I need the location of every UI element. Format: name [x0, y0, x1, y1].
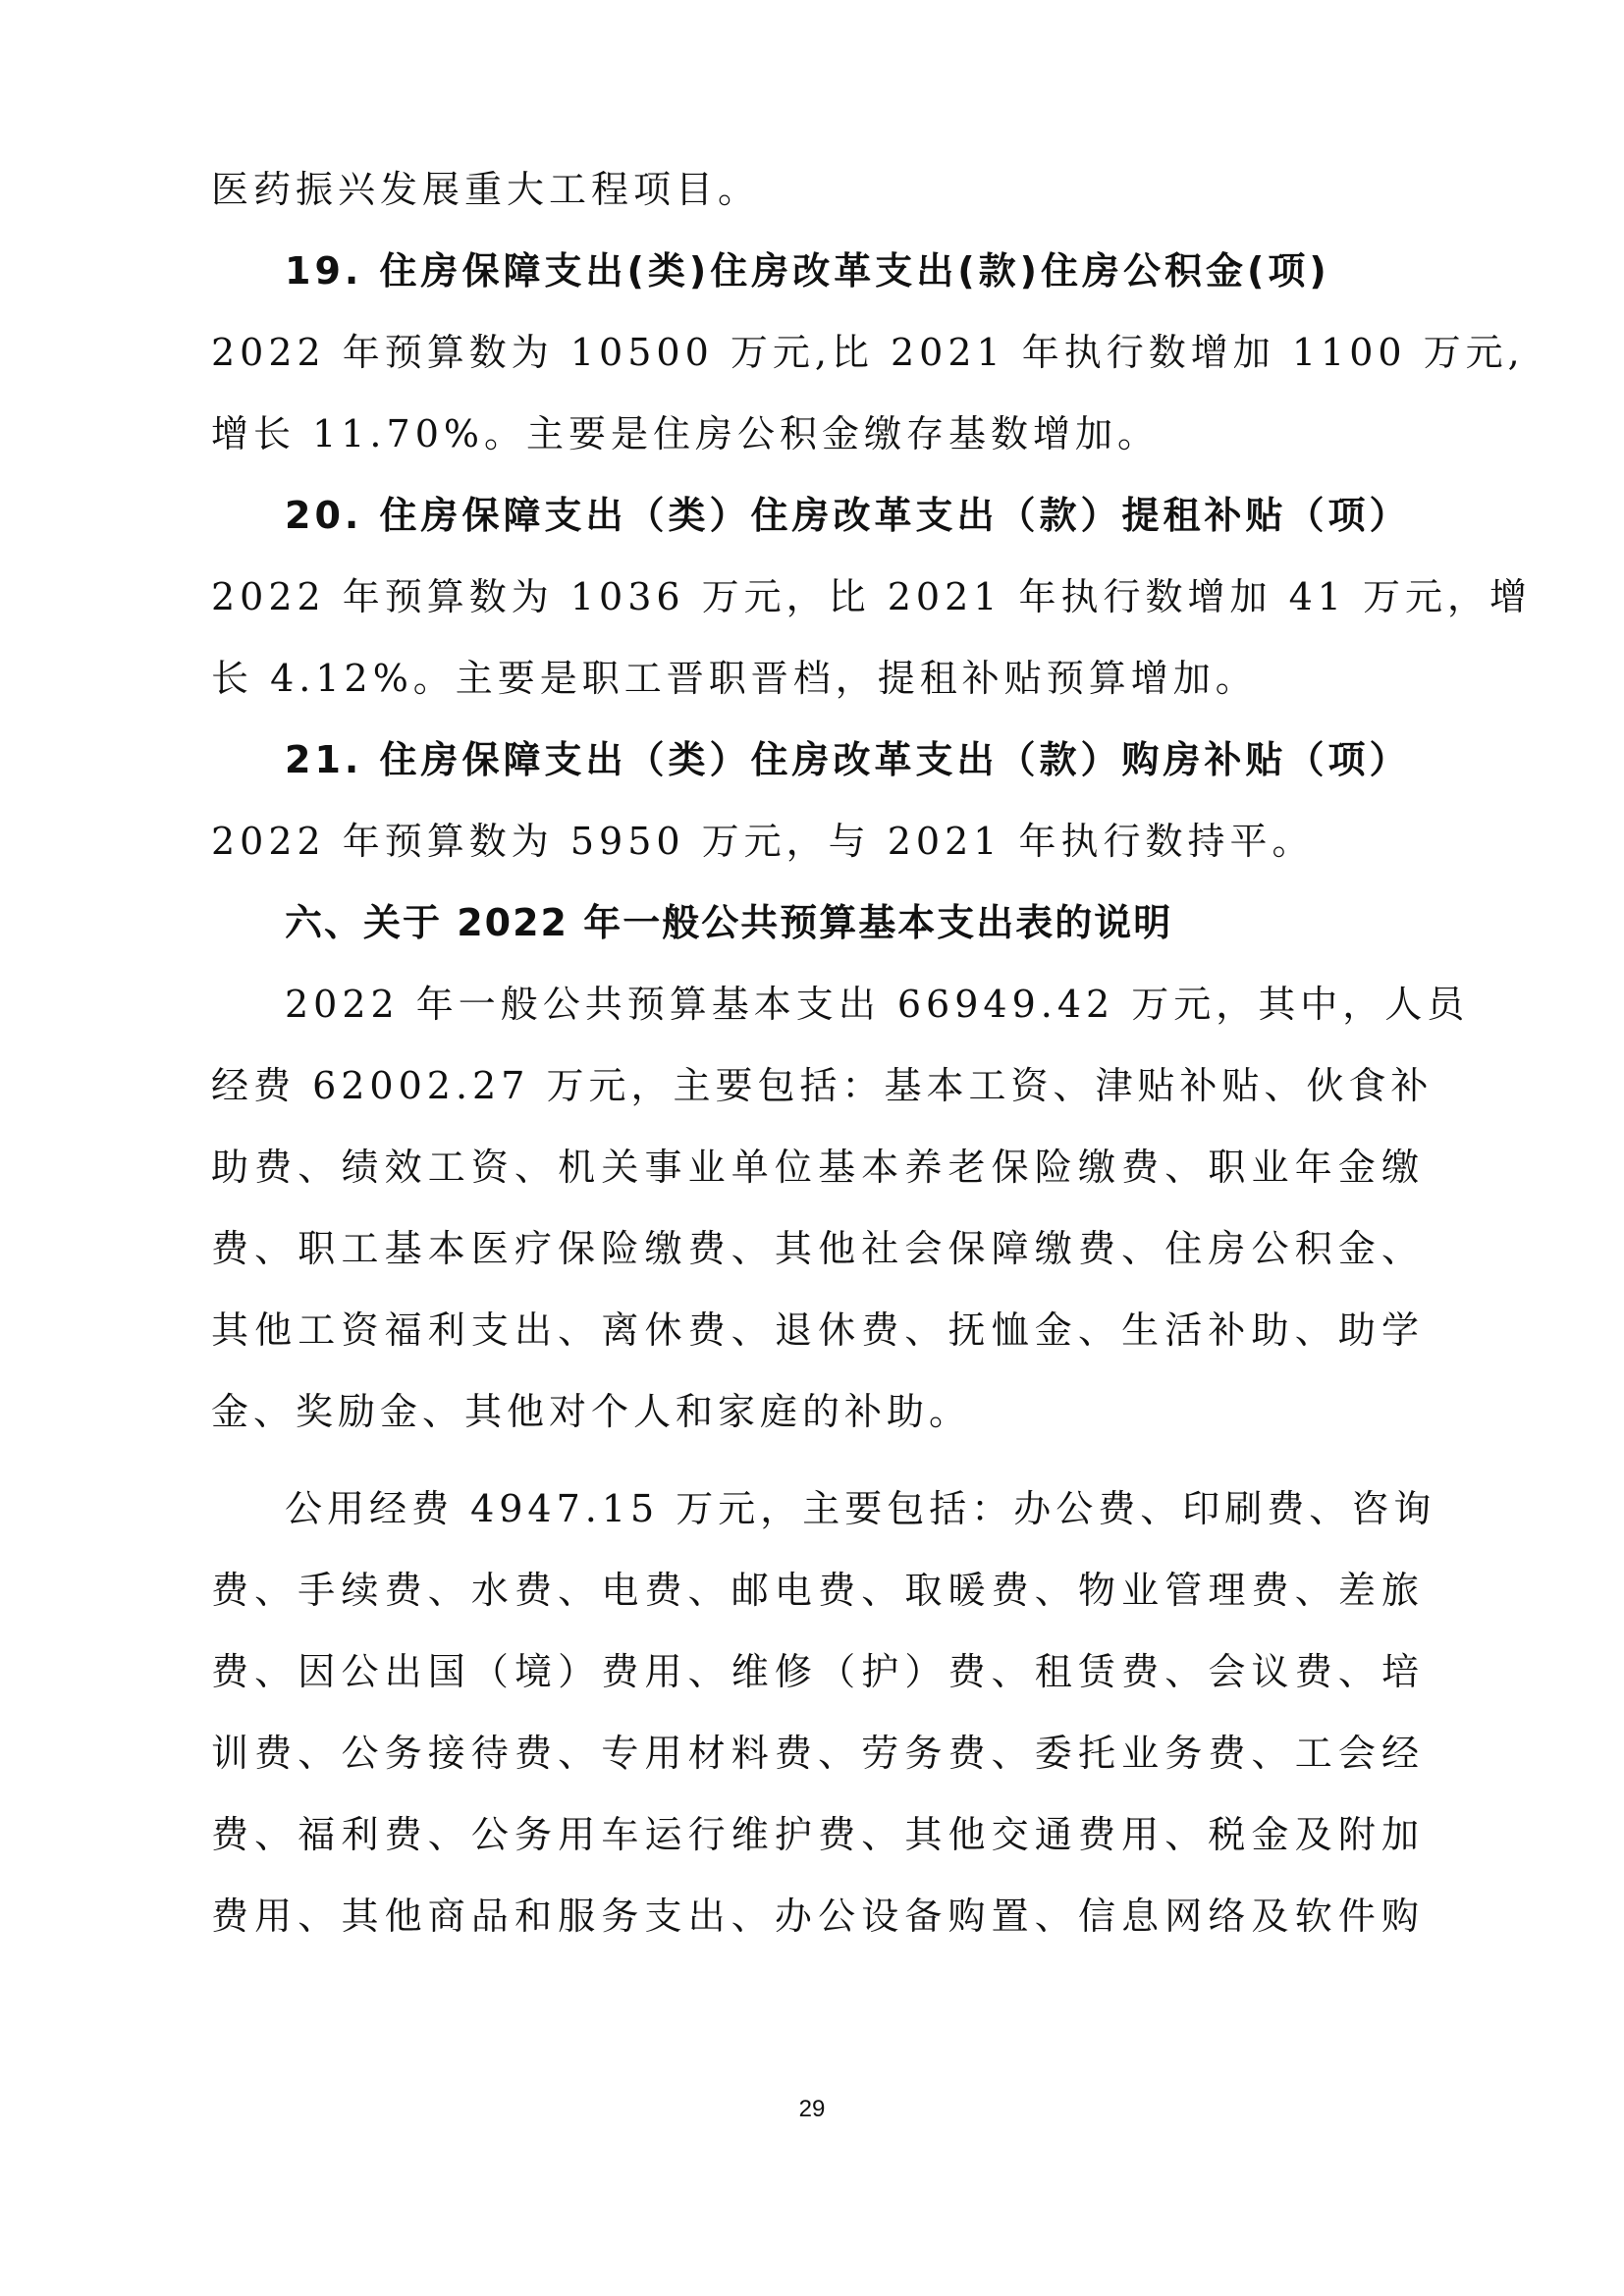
text-line-continuation: 医药振兴发展重大工程项目。 — [211, 165, 1424, 214]
public-expense-para-line-3: 费、因公出国（境）费用、维修（护）费、租赁费、会议费、培 — [211, 1647, 1424, 1696]
item-20-heading: 20. 住房保障支出（类）住房改革支出（款）提租补贴（项） — [285, 491, 1424, 540]
public-expense-para-line-4: 训费、公务接待费、专用材料费、劳务费、委托业务费、工会经 — [211, 1729, 1424, 1778]
public-expense-para-line-1: 公用经费 4947.15 万元，主要包括：办公费、印刷费、咨询 — [285, 1484, 1424, 1533]
basic-expenditure-para-line-5: 其他工资福利支出、离休费、退休费、抚恤金、生活补助、助学 — [211, 1306, 1424, 1355]
basic-expenditure-para-line-3: 助费、绩效工资、机关事业单位基本养老保险缴费、职业年金缴 — [211, 1143, 1424, 1192]
document-page: 医药振兴发展重大工程项目。 19. 住房保障支出(类)住房改革支出(款)住房公积… — [0, 0, 1624, 2296]
basic-expenditure-para-line-1: 2022 年一般公共预算基本支出 66949.42 万元，其中，人员 — [285, 980, 1424, 1029]
basic-expenditure-para-line-4: 费、职工基本医疗保险缴费、其他社会保障缴费、住房公积金、 — [211, 1224, 1424, 1273]
item-21-heading: 21. 住房保障支出（类）住房改革支出（款）购房补贴（项） — [285, 735, 1424, 784]
public-expense-para-line-2: 费、手续费、水费、电费、邮电费、取暖费、物业管理费、差旅 — [211, 1566, 1424, 1615]
basic-expenditure-para-line-6: 金、奖励金、其他对个人和家庭的补助。 — [211, 1387, 1424, 1436]
public-expense-para-line-6: 费用、其他商品和服务支出、办公设备购置、信息网络及软件购 — [211, 1892, 1424, 1941]
item-20-text-line-1: 2022 年预算数为 1036 万元，比 2021 年执行数增加 41 万元，增 — [211, 572, 1424, 621]
public-expense-para-line-5: 费、福利费、公务用车运行维护费、其他交通费用、税金及附加 — [211, 1810, 1424, 1859]
item-19-text-line-2: 增长 11.70%。主要是住房公积金缴存基数增加。 — [211, 409, 1424, 458]
item-21-text-line-1: 2022 年预算数为 5950 万元，与 2021 年执行数持平。 — [211, 817, 1424, 866]
item-19-text-line-1: 2022 年预算数为 10500 万元,比 2021 年执行数增加 1100 万… — [211, 328, 1424, 377]
item-19-heading: 19. 住房保障支出(类)住房改革支出(款)住房公积金(项) — [285, 246, 1424, 295]
page-number: 29 — [0, 2096, 1624, 2123]
item-20-text-line-2: 长 4.12%。主要是职工晋职晋档，提租补贴预算增加。 — [211, 654, 1424, 703]
basic-expenditure-para-line-2: 经费 62002.27 万元，主要包括：基本工资、津贴补贴、伙食补 — [211, 1061, 1424, 1110]
section-6-heading: 六、关于 2022 年一般公共预算基本支出表的说明 — [285, 898, 1424, 947]
